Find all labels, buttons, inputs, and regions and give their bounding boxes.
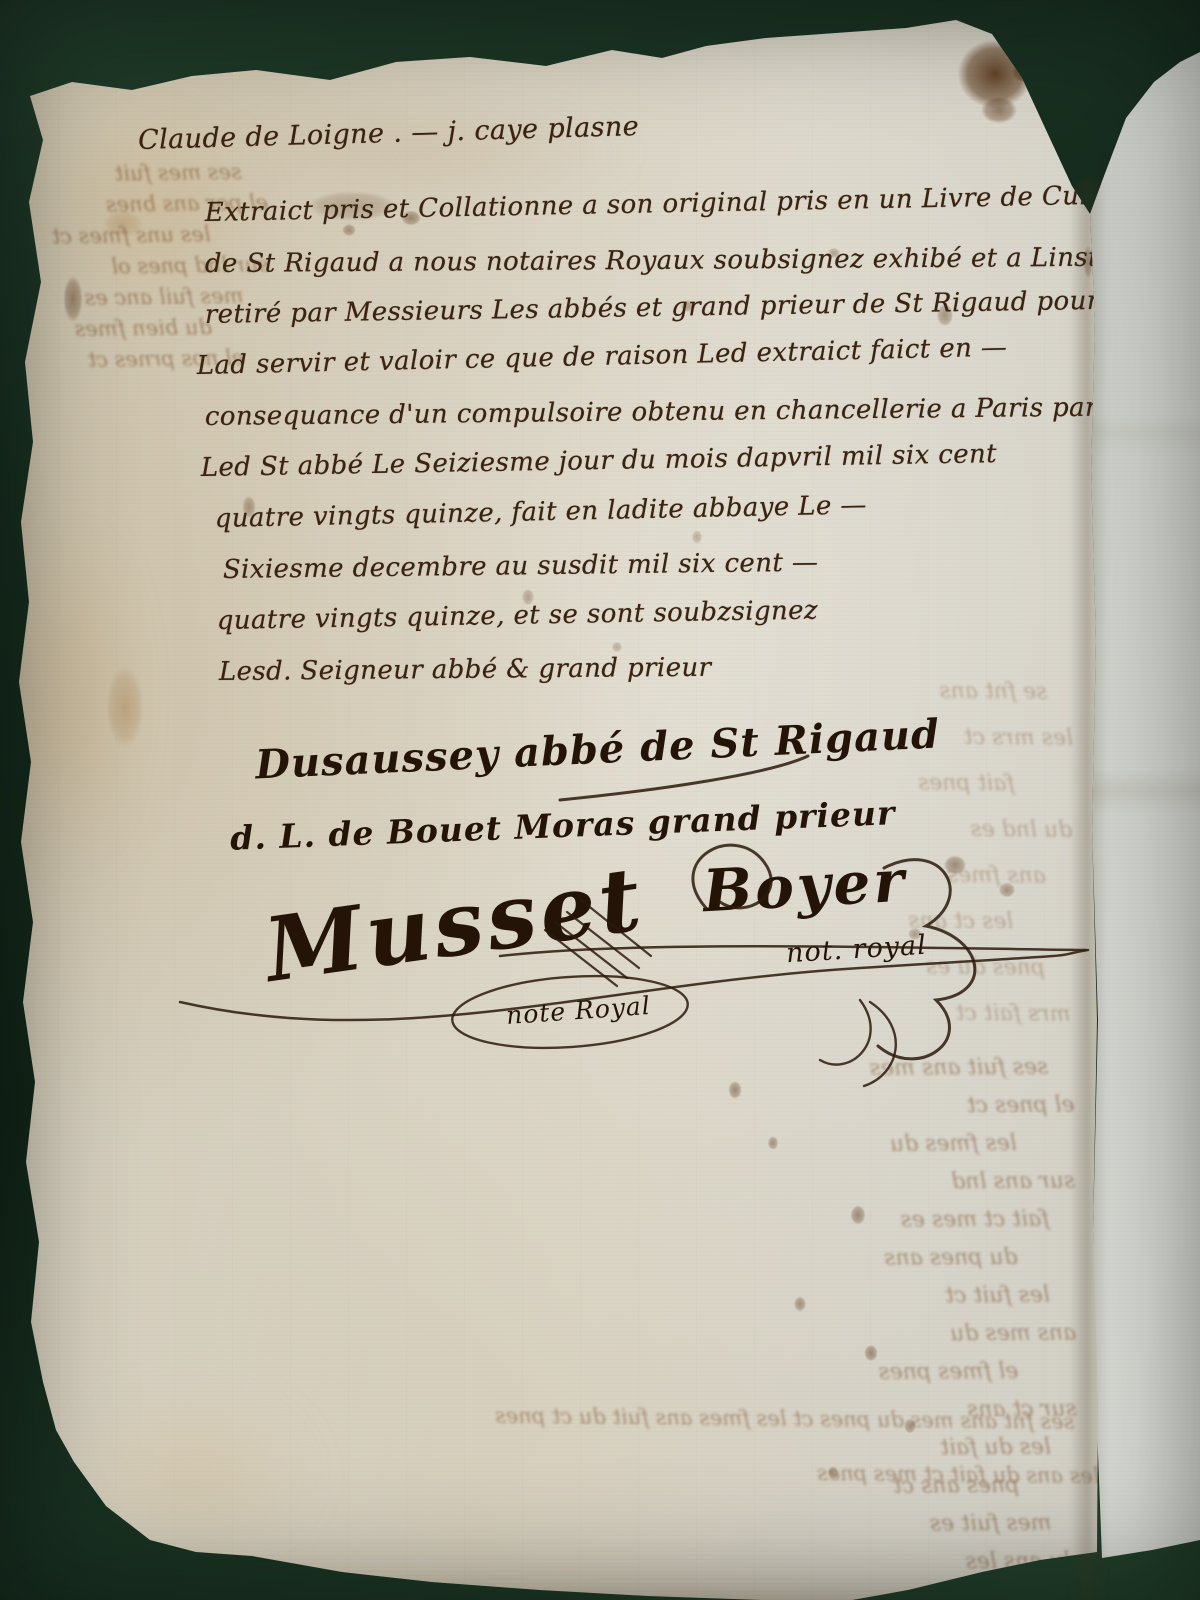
body-text: Extraict pris et Collationne a son origi… (205, 198, 1146, 708)
signature-notary-musset: Musset (259, 846, 651, 1002)
ink-stain (96, 206, 150, 242)
bleedthrough-line: les du fait (637, 1429, 1051, 1470)
bleedthrough-line: fait ct mes es (635, 1201, 1049, 1242)
signature-notary-boyer: Boyer (701, 847, 908, 926)
ink-stain (726, 1078, 744, 1102)
ink-stain (826, 1464, 840, 1482)
ink-stain (975, 92, 1023, 128)
bleedthrough-line: ses mes fuit (32, 157, 241, 191)
bleedthrough-line: du ans les (638, 1542, 1078, 1583)
signature-abbot: Dusaussey abbé de St Rigaud (254, 710, 941, 788)
bleedthrough-line: du bien fmes (35, 312, 212, 345)
bleedthrough-text-bottom: ses fnt ans mes du pnes ct les fmes ans … (149, 1385, 1100, 1503)
ink-stain (766, 1134, 780, 1152)
bleedthrough-text-right: ses fuit ans mesel pnes ctles fmes dusur… (634, 1048, 1078, 1583)
manuscript-page: ses mes fuitel por ans bnesles uns fmes … (0, 0, 1200, 1600)
bleedthrough-line: ses fnt ans mes du pnes ct les fmes ans … (150, 1385, 1075, 1449)
bleedthrough-line: el fmes pnes (636, 1353, 1018, 1394)
document-photo: ses mes fuitel por ans bnesles uns fmes … (0, 0, 1200, 1600)
bleedthrough-line: el pnes ct (634, 1086, 1074, 1127)
ink-stain (100, 652, 150, 762)
ink-stain (1008, 58, 1040, 86)
bleedthrough-line: du pnes ans (635, 1239, 1017, 1280)
bleedthrough-line: les fuit ct (636, 1277, 1050, 1318)
bleedthrough-line: les fmes du (635, 1125, 1017, 1166)
bleedthrough-line: ans mes du (636, 1314, 1076, 1355)
ink-stain (60, 268, 86, 330)
ink-stain (792, 1294, 808, 1314)
book-gutter-shadow (1070, 180, 1108, 1600)
bleedthrough-line: mrs fait ct (660, 988, 1070, 1038)
ink-stain (862, 1342, 880, 1364)
ink-stain (940, 852, 970, 878)
header-annotation: Claude de Loigne . — j. caye plasne (138, 111, 640, 156)
bleedthrough-line: mes fuit es (637, 1505, 1051, 1546)
boyer-tail-flourish (820, 1000, 896, 1086)
signature-notary-musset-title: note Royal (505, 991, 652, 1030)
bleedthrough-line: ses fuit ans mes (634, 1049, 1048, 1090)
ink-stain (996, 880, 1018, 900)
bleedthrough-line: sur ct ans (637, 1390, 1077, 1431)
paper-discoloration (30, 1370, 350, 1580)
bleedthrough-line: les ans du fait ct mes pnes (149, 1439, 1100, 1503)
ink-stain (848, 1202, 868, 1228)
signature-grand-prior: d. L. de Bouet Moras grand prieur (229, 793, 896, 858)
signature-notary-boyer-title: not. royal (785, 930, 927, 970)
manuscript-line: Lesd. Seigneur abbé & grand prieur (219, 649, 1146, 708)
bleedthrough-line: sur ans lnd (635, 1162, 1075, 1203)
ink-stain (902, 1416, 918, 1436)
